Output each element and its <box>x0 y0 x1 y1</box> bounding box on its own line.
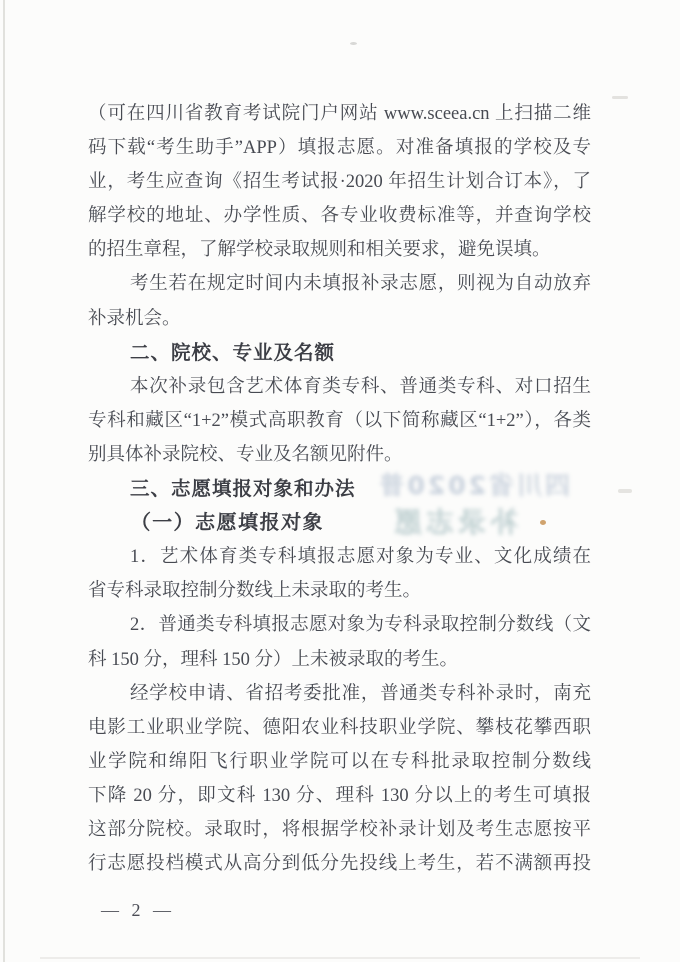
text-line: （可在四川省教育考试院门户网站 www.sceea.cn 上扫描二维 <box>88 97 591 131</box>
text-line: 专科和藏区“1+2”模式高职教育（以下简称藏区“1+2”），各类 <box>88 404 591 438</box>
text-line: 考生若在规定时间内未填报补录志愿，则视为自动放弃 <box>88 267 591 301</box>
text-line: 码下载“考生助手”APP）填报志愿。对准备填报的学校及专 <box>88 131 591 165</box>
text-line: 经学校申请、省招考委批准，普通类专科补录时，南充 <box>88 677 591 711</box>
document-body: （可在四川省教育考试院门户网站 www.sceea.cn 上扫描二维码下载“考生… <box>88 97 591 881</box>
text-line: 解学校的地址、办学性质、各专业收费标准等，并查询学校 <box>88 199 591 233</box>
heading-line: 三、志愿填报对象和办法 <box>88 472 591 506</box>
scan-edge-bottom <box>40 957 640 959</box>
text-line: 下降 20 分，即文科 130 分、理科 130 分以上的考生可填报 <box>88 779 591 813</box>
scan-edge-left <box>3 0 5 962</box>
paper-speck <box>350 42 357 45</box>
text-line: 电影工业职业学院、德阳农业科技职业学院、攀枝花攀西职 <box>88 711 591 745</box>
heading-line: 二、院校、专业及名额 <box>88 336 591 370</box>
text-line: 补录机会。 <box>88 302 591 336</box>
text-line: 业，考生应查询《招生考试报·2020 年招生计划合订本》，了 <box>88 165 591 199</box>
heading-line: （一）志愿填报对象 <box>88 506 592 540</box>
text-line: 1．艺术体育类专科填报志愿对象为专业、文化成绩在 <box>88 540 591 574</box>
text-line: 业学院和绵阳飞行职业学院可以在专科批录取控制分数线 <box>88 745 591 779</box>
text-line: 这部分院校。录取时，将根据学校补录计划及考生志愿按平 <box>88 813 591 847</box>
text-line: 行志愿投档模式从高分到低分先投线上考生，若不满额再投 <box>88 847 591 881</box>
text-line: 别具体补录院校、专业及名额见附件。 <box>88 438 591 472</box>
paper-speck <box>618 489 632 493</box>
text-line: 省专科录取控制分数线上未录取的考生。 <box>88 574 591 608</box>
text-line: 2．普通类专科填报志愿对象为专科录取控制分数线（文 <box>88 608 591 642</box>
paper-speck <box>612 96 628 99</box>
text-line: 本次补录包含艺术体育类专科、普通类专科、对口招生 <box>88 370 591 404</box>
document-page: 四川省2020普 补录志愿 （可在四川省教育考试院门户网站 www.sceea.… <box>0 0 680 962</box>
text-line: 的招生章程，了解学校录取规则和相关要求，避免误填。 <box>88 233 591 267</box>
text-line: 科 150 分，理科 150 分）上未被录取的考生。 <box>88 643 591 677</box>
page-number: — 2 — <box>101 900 175 921</box>
